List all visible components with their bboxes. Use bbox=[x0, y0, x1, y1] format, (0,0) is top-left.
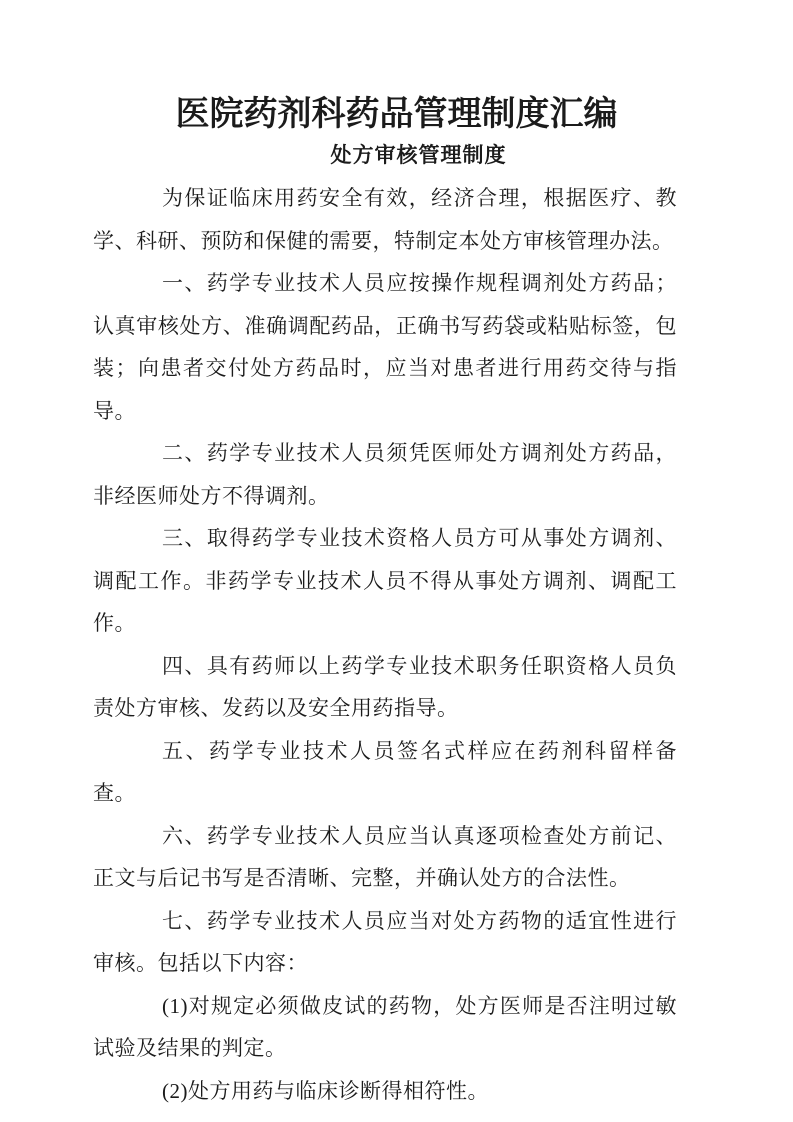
document-subtitle: 处方审核管理制度 bbox=[0, 143, 793, 167]
paragraph-subitem-1: (1)对规定必须做皮试的药物，处方医师是否注明过敏试验及结果的判定。 bbox=[93, 985, 677, 1070]
document-title: 医院药剂科药品管理制度汇编 bbox=[0, 0, 793, 134]
paragraph-item-2: 二、药学专业技术人员须凭医师处方调剂处方药品，非经医师处方不得调剂。 bbox=[93, 432, 677, 517]
paragraph-item-4: 四、具有药师以上药学专业技术职务任职资格人员负责处方审核、发药以及安全用药指导。 bbox=[93, 645, 677, 730]
paragraph-item-6: 六、药学专业技术人员应当认真逐项检查处方前记、正文与后记书写是否清晰、完整，并确… bbox=[93, 815, 677, 900]
document-page: 医院药剂科药品管理制度汇编 处方审核管理制度 为保证临床用药安全有效，经济合理，… bbox=[0, 0, 793, 1122]
paragraph-item-7: 七、药学专业技术人员应当对处方药物的适宜性进行审核。包括以下内容： bbox=[93, 900, 677, 985]
document-body: 为保证临床用药安全有效，经济合理，根据医疗、教学、科研、预防和保健的需要，特制定… bbox=[93, 177, 677, 1112]
paragraph-subitem-2: (2)处方用药与临床诊断得相符性。 bbox=[93, 1070, 677, 1113]
paragraph-item-3: 三、取得药学专业技术资格人员方可从事处方调剂、调配工作。非药学专业技术人员不得从… bbox=[93, 517, 677, 645]
paragraph-item-1: 一、药学专业技术人员应按操作规程调剂处方药品；认真审核处方、准确调配药品，正确书… bbox=[93, 262, 677, 432]
paragraph-item-5: 五、药学专业技术人员签名式样应在药剂科留样备查。 bbox=[93, 730, 677, 815]
paragraph-intro: 为保证临床用药安全有效，经济合理，根据医疗、教学、科研、预防和保健的需要，特制定… bbox=[93, 177, 677, 262]
